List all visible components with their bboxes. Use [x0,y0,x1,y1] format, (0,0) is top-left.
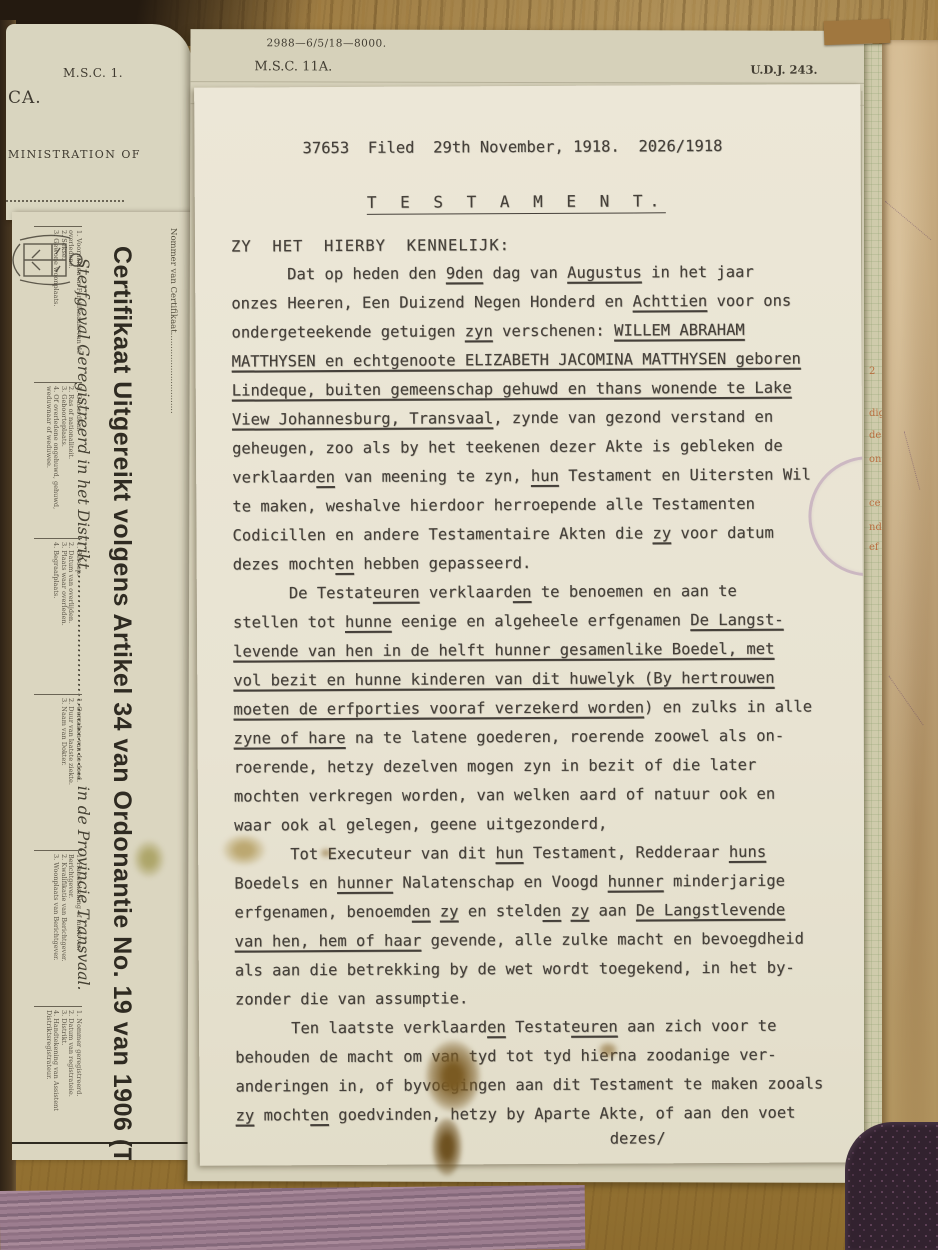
msc1-fragment-administration: MINISTRATION OF [8,148,141,161]
form-number: M.S.C. 11A. [254,59,332,74]
typed-testament-page: 37653 Filed 29th November, 1918. 2026/19… [194,84,866,1165]
scribble-mark [888,676,923,726]
typed-line: te maken, weshalve hierdoor herroepende … [232,489,842,521]
typed-line: roerende, hetzy dezelven mogen zyn in be… [234,750,844,782]
msc1-form-number: M.S.C. 1. [63,66,123,80]
scribble-mark [885,201,932,240]
typed-line: waar ook al gelegen, geene uitgezonderd, [234,808,844,840]
typed-line: Dat op heden den 9den dag van Augustus i… [231,257,841,289]
left-page-msc1: M.S.C. 1. CA. MINISTRATION OF [6,24,192,220]
typed-line: stellen tot hunne eenige en algeheele er… [233,605,843,637]
typed-line: levende van hen in de helft hunner gesam… [233,634,843,666]
dotted-rule [6,200,124,202]
typed-line: erfgenamen, benoemden zy en stelden zy a… [234,895,844,927]
document-title: T E S T A M E N T. [367,191,666,212]
opening-clause: ZY HET HIERBY KENNELIJK: [231,236,510,255]
scribble-mark [904,431,920,489]
typed-line: onzes Heeren, Een Duizend Negen Honderd … [231,286,841,318]
typed-body: Dat op heden den 9den dag van Augustus i… [231,257,846,1130]
typed-line: MATTHYSEN en echtgenoote ELIZABETH JACOM… [232,344,842,376]
certificate-column: 1. Oorzaken van de dood. 2. Duur van laa… [34,694,82,848]
typed-line: Lindeque, buiten gemeenschap gehuwd en t… [232,373,842,405]
typed-line: behouden de macht om van tyd tot tyd hie… [235,1040,845,1072]
certificate-form-page: Nommer van Certifikaat..................… [12,212,194,1160]
typed-line: verklaarden van meening te zyn, hun Test… [232,460,842,492]
typed-line: als aan die betrekking by de wet wordt t… [235,953,845,985]
msc1-fragment-ca: CA. [8,88,42,108]
reference-number: U.D.J. 243. [750,63,817,77]
certificate-column: 1. Ouderdom. 2. Ras of nationaliteit. 3.… [34,382,82,536]
typed-line: moeten de erfporties vooraf verzekerd wo… [233,692,843,724]
typed-line: Tot Executeur van dit hun Testament, Red… [234,837,844,869]
typed-line: zy mochten goedvinden, hetzy by Aparte A… [235,1098,845,1130]
coat-of-arms-icon [12,230,90,290]
certificate-column: 1. Beroep. 2. Datum van overlijden. 3. P… [34,538,82,692]
filing-endorsement: 37653 Filed 29th November, 1918. 2026/19… [302,137,722,157]
typed-line: zonder die van assumptie. [235,982,845,1014]
typed-line: Boedels en hunner Nalatenschap en Voogd … [234,866,844,898]
typed-line: anderingen in, of byvoegingen aan dit Te… [235,1069,845,1101]
certificate-heading: Certifikaat Uitgereikt volgens Artikel 3… [88,246,136,1151]
typed-line: geheugen, zoo als by het teekenen dezer … [232,431,842,463]
file-back-cover [882,40,938,1145]
fabric-strip-bottom [0,1185,585,1250]
typed-line: Ten laatste verklaarden Testateuren aan … [235,1011,845,1043]
typed-line: View Johannesburg, Transvaal, zynde van … [232,402,842,434]
printers-code: 2988—6/5/18—8000. [266,37,386,49]
typed-line: vol bezit en hunne kinderen van dit huwe… [233,663,843,695]
typed-line: mochten verkregen worden, van welken aar… [234,779,844,811]
typed-line: zyne of hare na te latene goederen, roer… [234,721,844,753]
typed-line: ondergeteekende getuigen zyn verschenen:… [231,315,841,347]
certificate-column: 1. Handtekening of merk van Berichtgever… [34,850,82,1004]
certificate-number-label: Nommer van Certifikaat..................… [163,228,178,438]
photo-scene: M.S.C. 1. CA. MINISTRATION OF Nommer van… [0,0,938,1250]
typed-line: dezes mochten hebben gepasseerd. [233,547,843,579]
typed-line: van hen, hem of haar gevende, alle zulke… [235,924,845,956]
typed-line: Codicillen en andere Testamentaire Akten… [232,518,842,550]
certificate-column: 1. Nommer geregistreerd. 2. Datum van re… [34,1006,82,1160]
typed-line: De Testateuren verklaarden te benoemen e… [233,576,843,608]
ruled-line [190,81,872,84]
catchword: dezes/ [610,1129,666,1147]
